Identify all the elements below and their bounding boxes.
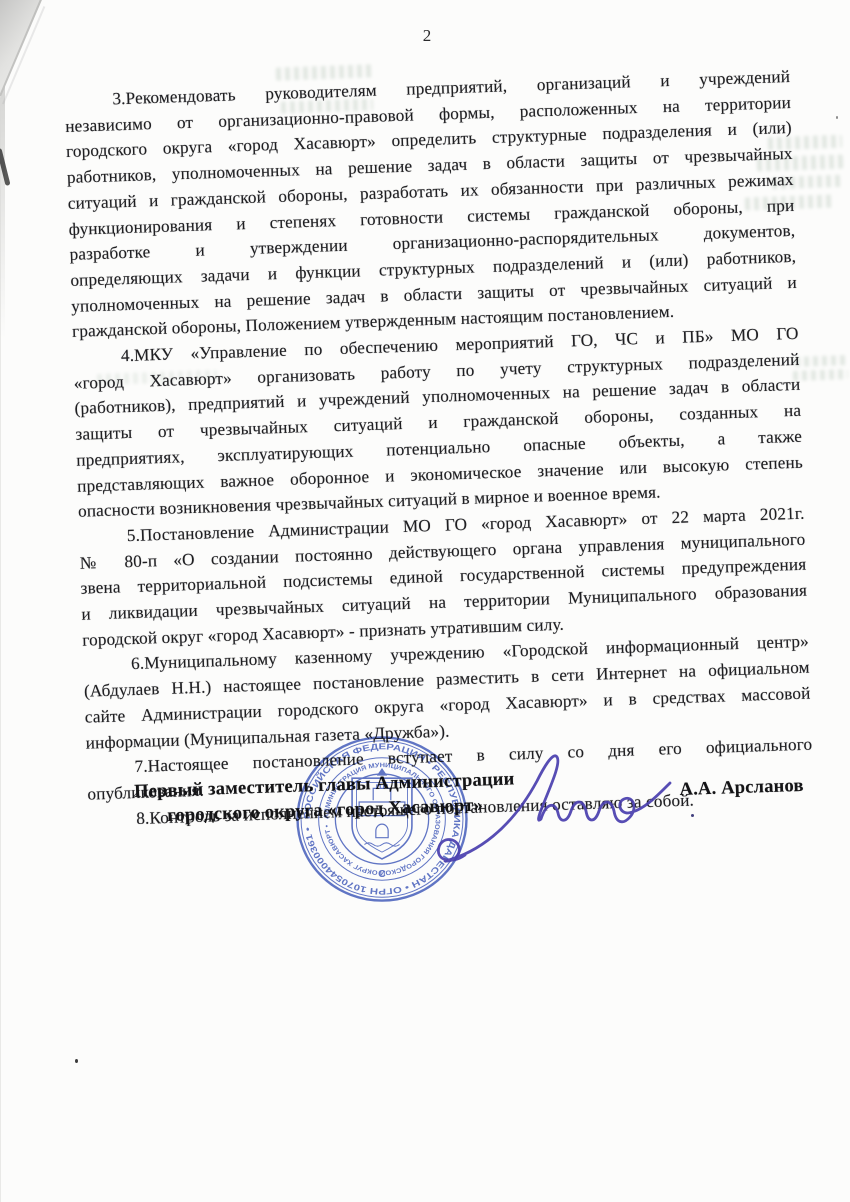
handwritten-signature	[425, 733, 695, 873]
ink-speck	[836, 116, 838, 119]
page-number: 2	[413, 26, 441, 46]
coat-of-arms	[352, 768, 412, 859]
stamp-inner-ring-text: АДМИНИСТРАЦИЯ МУНИЦИПАЛЬНОГО ОБРАЗОВАНИЯ…	[323, 762, 441, 878]
ink-speck	[75, 1059, 78, 1063]
signature-stroke	[438, 756, 670, 861]
paragraph-4: 4.МКУ «Управление по обеспечению меропри…	[73, 321, 805, 525]
scanned-document-page: 2 3.Рекомендовать руководителям предприя…	[0, 0, 850, 1202]
signer-name: А.А. Арсланов	[679, 774, 850, 801]
bleed-through-smudge	[793, 369, 848, 381]
bleed-through-smudge	[795, 355, 847, 367]
document-content: 3.Рекомендовать руководителям предприяти…	[64, 64, 814, 833]
paragraph-3: 3.Рекомендовать руководителям предприяти…	[64, 64, 798, 345]
stamp-inner-circle	[335, 774, 428, 864]
stamp-center-mark: С	[378, 869, 386, 880]
paragraph-5: 5.Постановление Администрации МО ГО «гор…	[78, 501, 808, 654]
document-body: 3.Рекомендовать руководителям предприяти…	[64, 64, 814, 833]
